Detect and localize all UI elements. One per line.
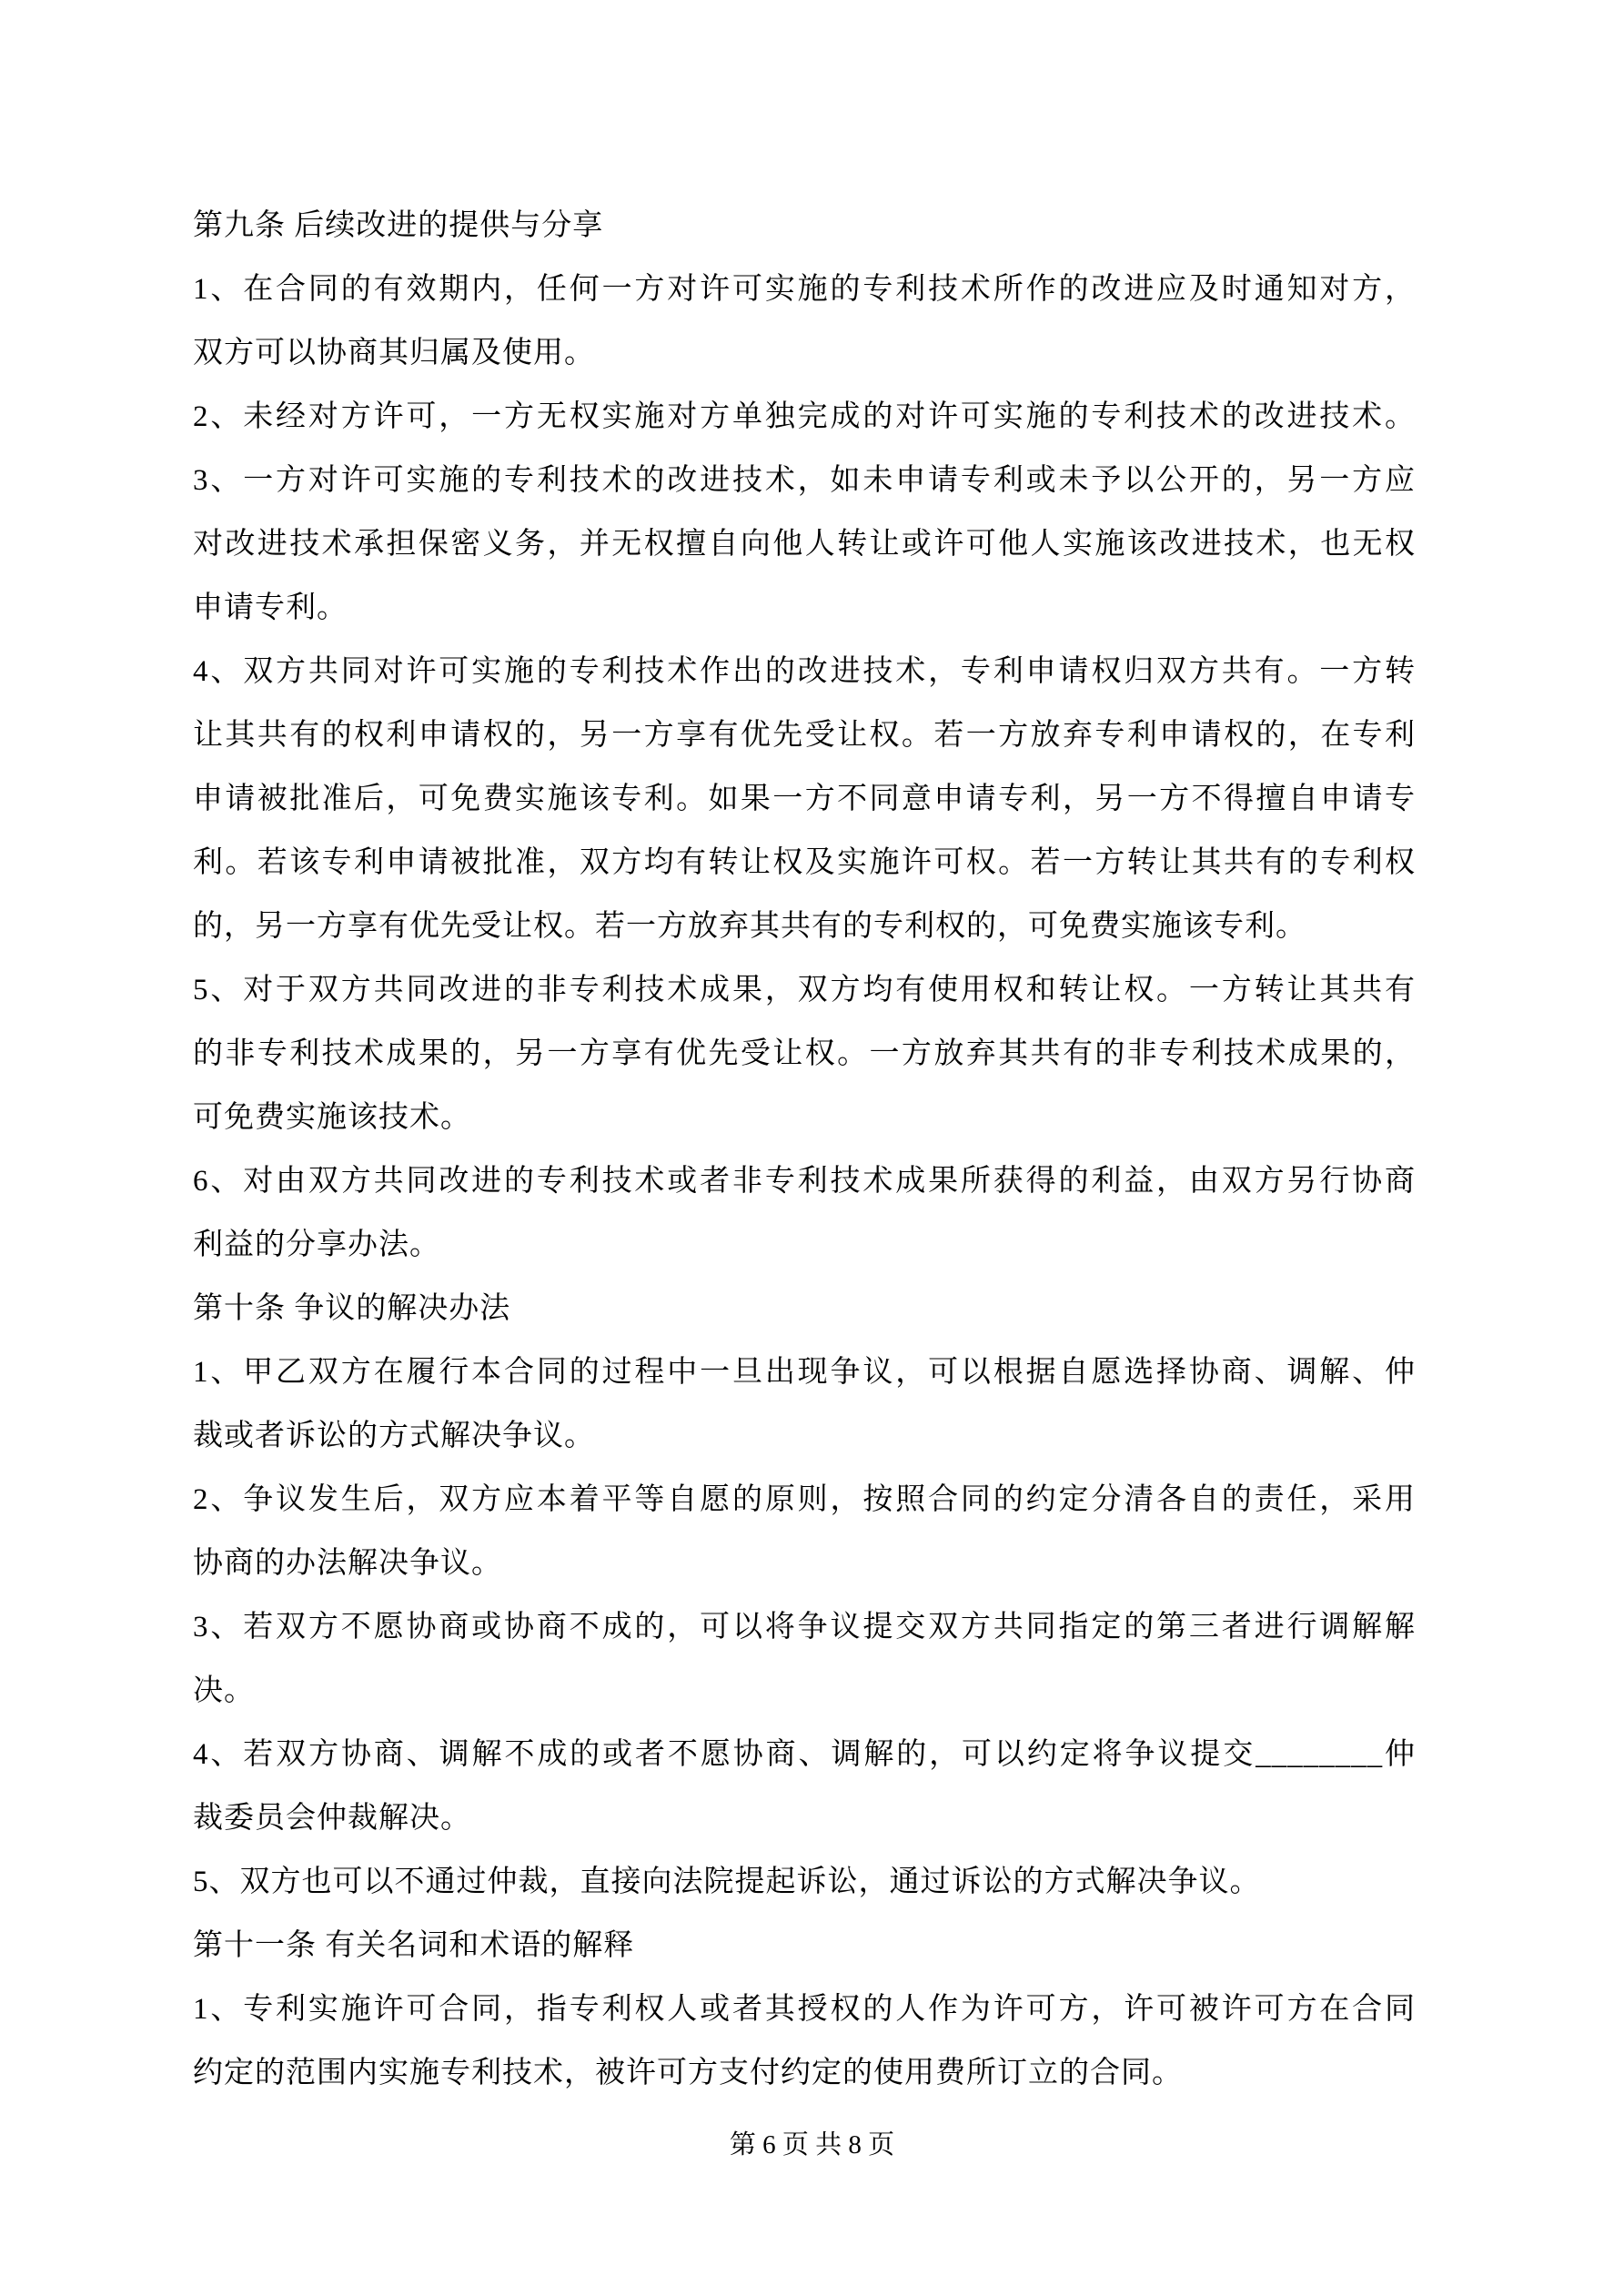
paragraph-line: 3、若双方不愿协商或协商不成的，可以将争议提交双方共同指定的第三者进行调解解: [193, 1595, 1416, 1659]
paragraph-line: 5、双方也可以不通过仲裁，直接向法院提起诉讼，通过诉讼的方式解决争议。: [193, 1850, 1416, 1914]
paragraph-line: 利益的分享办法。: [193, 1213, 1416, 1277]
paragraph-line-with-blank: 4、若双方协商、调解不成的或者不愿协商、调解的，可以约定将争议提交_______…: [193, 1723, 1416, 1786]
heading-article-11: 第十一条 有关名词和术语的解释: [193, 1914, 1416, 1977]
paragraph-line: 1、专利实施许可合同，指专利权人或者其授权的人作为许可方，许可被许可方在合同: [193, 1977, 1416, 2041]
paragraph-line: 申请被批准后，可免费实施该专利。如果一方不同意申请专利，另一方不得擅自申请专: [193, 767, 1416, 831]
paragraph-line: 的非专利技术成果的，另一方享有优先受让权。一方放弃其共有的非专利技术成果的，: [193, 1022, 1416, 1086]
paragraph-line: 对改进技术承担保密义务，并无权擅自向他人转让或许可他人实施该改进技术，也无权: [193, 512, 1416, 576]
heading-article-10: 第十条 争议的解决办法: [193, 1277, 1416, 1340]
paragraph-line: 裁委员会仲裁解决。: [193, 1786, 1416, 1850]
paragraph-line: 3、一方对许可实施的专利技术的改进技术，如未申请专利或未予以公开的，另一方应: [193, 449, 1416, 512]
paragraph-line: 利。若该专利申请被批准，双方均有转让权及实施许可权。若一方转让其共有的专利权: [193, 831, 1416, 895]
paragraph-line: 约定的范围内实施专利技术，被许可方支付约定的使用费所订立的合同。: [193, 2041, 1416, 2105]
paragraph-line: 2、争议发生后，双方应本着平等自愿的原则，按照合同的约定分清各自的责任，采用: [193, 1468, 1416, 1532]
paragraph-line: 6、对由双方共同改进的专利技术或者非专利技术成果所获得的利益，由双方另行协商: [193, 1149, 1416, 1213]
paragraph-line: 裁或者诉讼的方式解决争议。: [193, 1404, 1416, 1468]
paragraph-line: 双方可以协商其归属及使用。: [193, 321, 1416, 385]
contract-text-block: 第九条 后续改进的提供与分享 1、在合同的有效期内，任何一方对许可实施的专利技术…: [193, 194, 1416, 2105]
paragraph-line: 协商的办法解决争议。: [193, 1532, 1416, 1595]
page-number-footer: 第 6 页 共 8 页: [0, 2113, 1624, 2177]
paragraph-line: 1、甲乙双方在履行本合同的过程中一旦出现争议，可以根据自愿选择协商、调解、仲: [193, 1340, 1416, 1404]
paragraph-line: 的，另一方享有优先受让权。若一方放弃其共有的专利权的，可免费实施该专利。: [193, 895, 1416, 958]
paragraph-line: 1、在合同的有效期内，任何一方对许可实施的专利技术所作的改进应及时通知对方，: [193, 258, 1416, 321]
paragraph-line: 决。: [193, 1659, 1416, 1723]
document-page: 第九条 后续改进的提供与分享 1、在合同的有效期内，任何一方对许可实施的专利技术…: [0, 0, 1624, 2296]
paragraph-line: 5、对于双方共同改进的非专利技术成果，双方均有使用权和转让权。一方转让其共有: [193, 958, 1416, 1022]
paragraph-line: 可免费实施该技术。: [193, 1086, 1416, 1149]
paragraph-line: 2、未经对方许可，一方无权实施对方单独完成的对许可实施的专利技术的改进技术。: [193, 385, 1416, 449]
paragraph-line: 4、双方共同对许可实施的专利技术作出的改进技术，专利申请权归双方共有。一方转: [193, 640, 1416, 703]
heading-article-9: 第九条 后续改进的提供与分享: [193, 194, 1416, 258]
paragraph-line: 申请专利。: [193, 576, 1416, 640]
paragraph-line: 让其共有的权利申请权的，另一方享有优先受让权。若一方放弃专利申请权的，在专利: [193, 703, 1416, 767]
